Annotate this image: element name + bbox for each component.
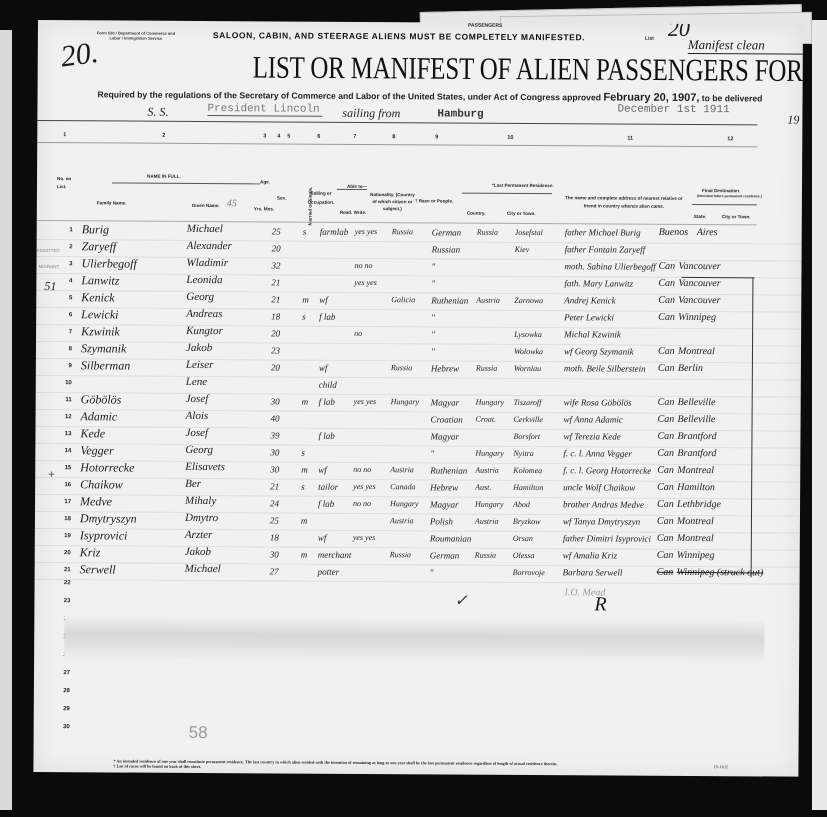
family-name: Adamic — [81, 409, 118, 424]
city: Borsfort — [513, 432, 540, 441]
race: Magyar — [430, 499, 459, 509]
nearest-relative: father Michael Burig — [565, 227, 641, 237]
row-number: 22 — [57, 580, 71, 586]
stamp-number: 58 — [189, 723, 208, 743]
race: Hebrew — [431, 363, 459, 373]
header-country: Country. — [467, 211, 486, 216]
page-title: LIST OR MANIFEST OF ALIEN PASSENGERS FOR… — [253, 51, 803, 90]
race: German — [432, 227, 462, 237]
given-name: Georg — [185, 444, 213, 456]
col-num: 10 — [507, 135, 513, 141]
marital-status: m — [301, 465, 308, 475]
country: Austria — [475, 517, 499, 526]
family-name: Kenick — [81, 290, 114, 305]
occupation: wf — [318, 465, 327, 475]
age: 21 — [271, 294, 280, 304]
read-write: yes yes — [353, 533, 375, 542]
city: Hamilton — [513, 483, 543, 492]
race: Croatian — [431, 414, 463, 424]
race: Magyar — [430, 431, 459, 441]
nationality: Russia — [392, 227, 413, 236]
given-name: Kungtor — [186, 325, 223, 337]
race: German — [430, 550, 460, 560]
ship-prefix: S. S. — [147, 105, 168, 120]
list-label: List — [645, 36, 654, 42]
row-number: 19 — [57, 533, 71, 539]
header-sex: Sex. — [277, 195, 286, 200]
dest-city: Hamilton — [677, 482, 715, 493]
row-number: 12 — [58, 414, 72, 420]
race: Hebrew — [430, 482, 458, 492]
dest-city: Aires — [697, 227, 718, 238]
subtitle-suffix: to be delivered — [702, 93, 763, 103]
city: Abod — [513, 500, 530, 509]
header-calling: Calling or Occupation. — [305, 189, 337, 207]
nationality: Austria — [390, 516, 414, 525]
occupation: child — [319, 380, 337, 390]
page-number: 20. — [59, 36, 101, 75]
marital-status: s — [303, 227, 307, 237]
marital-status: m — [302, 295, 309, 305]
dest-state: Can — [658, 312, 675, 323]
nearest-relative: Michal Kzwinik — [564, 329, 621, 339]
race: Polish — [430, 516, 453, 526]
header-yrs-mos: Yrs. Mos. — [254, 206, 274, 211]
occupation: wf — [319, 363, 328, 373]
right-page-edge — [812, 20, 827, 810]
race: " — [431, 329, 435, 339]
row-number: 16 — [57, 482, 71, 488]
sailing-date: December 1st 1911 — [617, 104, 729, 117]
dest-state: Can — [658, 414, 675, 425]
smudge — [64, 615, 764, 664]
race: " — [431, 312, 435, 322]
row-number: 6 — [58, 312, 72, 318]
family-name: Isyprovici — [80, 528, 128, 543]
marital-status: s — [302, 312, 306, 322]
race: Magyar — [431, 397, 460, 407]
given-name: Alois — [186, 410, 209, 422]
scanned-document: Form 630 / Department of Commerce and La… — [0, 0, 827, 817]
signature: R — [594, 593, 606, 616]
footnotes: * An intended residence of one year shal… — [113, 758, 733, 772]
marital-status: m — [301, 516, 308, 526]
country: Russia — [475, 551, 496, 560]
row-number: 30 — [56, 724, 70, 730]
col-num: 6 — [317, 134, 320, 140]
age: 30 — [270, 447, 279, 457]
header-nearest-relative: The name and complete address of nearest… — [559, 194, 689, 211]
dest-state: Can — [657, 533, 674, 544]
header-rule — [462, 193, 552, 195]
dest-city: Vancouver — [678, 261, 720, 272]
nearest-relative: moth. Sabina Ulierbegoff — [564, 261, 655, 272]
table-row: 21 Serwell Michael 27 potter " Borrovoje… — [35, 562, 800, 585]
city: Kolomea — [513, 466, 542, 475]
header-read-write: Read. Write. — [340, 210, 366, 215]
age: 30 — [270, 464, 279, 474]
dest-state: Can — [657, 499, 674, 510]
occupation: f lab — [319, 397, 335, 407]
col-num: 11 — [627, 136, 633, 142]
age: 25 — [272, 226, 281, 236]
city: Zarnowa — [514, 296, 543, 305]
country: Croat. — [476, 415, 496, 424]
city: Lysowka — [514, 330, 542, 339]
header-nationality: Nationality. (Country of which citizen o… — [370, 191, 415, 212]
family-name: Kzwinik — [81, 324, 120, 339]
family-name: Zaryeff — [82, 239, 117, 254]
given-name: Andreas — [186, 308, 222, 320]
age: 23 — [271, 345, 280, 355]
dest-state: Buenos — [659, 227, 689, 238]
header-rule — [337, 189, 367, 190]
dest-city: Montreal — [677, 465, 714, 476]
row-number: 15 — [57, 465, 71, 471]
nationality: Russia — [391, 363, 412, 372]
age: 24 — [270, 498, 279, 508]
country: Hungary — [476, 398, 505, 407]
sailing-label: sailing from — [342, 106, 400, 121]
dest-state: Can — [657, 482, 674, 493]
nationality: Hungary — [390, 499, 419, 508]
family-name: Medve — [80, 494, 112, 509]
occupation: tailor — [318, 482, 338, 492]
family-name: Szymanik — [81, 341, 126, 356]
dest-city: Montreal — [677, 516, 714, 527]
header-no-on-list: No. on List. — [57, 175, 73, 191]
header-dest-city: City or Town. — [722, 214, 751, 219]
city: Wolowka — [514, 347, 543, 356]
nearest-relative: fath. Mary Lanwitz — [564, 278, 633, 288]
country: Austria — [475, 466, 499, 475]
header-final-destination-note: (Intended future permanent residence.) — [697, 194, 762, 198]
dest-city: Winnipeg — [677, 550, 715, 561]
dest-state: Can — [657, 516, 674, 527]
row-number: 29 — [56, 706, 70, 712]
race: Ruthenian — [431, 295, 468, 305]
row-number: 14 — [57, 448, 71, 454]
list-number: 20 — [668, 20, 690, 42]
given-name: Alexander — [187, 240, 232, 252]
row-number: 18 — [57, 516, 71, 522]
row-number: 17 — [57, 499, 71, 505]
subtitle-date: February 20, 1907, — [603, 91, 699, 104]
year-suffix: 19 — [787, 113, 799, 128]
given-name: Josef — [185, 427, 208, 439]
nearest-relative: Andrej Kenick — [564, 295, 615, 305]
row-number: 11 — [58, 397, 72, 403]
read-write: yes yes — [353, 482, 375, 491]
dest-city: Vancouver — [678, 278, 720, 289]
col-num: 1 — [63, 132, 66, 138]
given-name: Arzter — [185, 529, 213, 541]
country: Russia — [476, 364, 497, 373]
city: Orsan — [513, 534, 533, 543]
nationality: Russia — [390, 550, 411, 559]
dest-state: Can — [658, 295, 675, 306]
family-name: Serwell — [80, 562, 116, 577]
form-code: 15-1102 — [713, 764, 727, 769]
city: Josefstal — [515, 228, 543, 237]
race: " — [430, 567, 434, 577]
given-name: Mihaly — [185, 495, 216, 507]
header-given-name: Given Name. — [192, 203, 220, 208]
given-name: Elisavets — [185, 461, 225, 473]
dest-city: Belleville — [678, 397, 716, 408]
occupation: merchant — [318, 550, 352, 560]
city: Olessa — [513, 551, 535, 560]
row-number: 28 — [56, 688, 70, 694]
age: 39 — [270, 430, 279, 440]
marital-status: s — [301, 448, 305, 458]
nearest-relative: wf Anna Adamic — [564, 414, 623, 424]
age: 25 — [270, 515, 279, 525]
age: 20 — [271, 362, 280, 372]
dest-state: Can — [658, 278, 675, 289]
nearest-relative: father Fontain Zaryeff — [565, 244, 646, 254]
col-num: 2 — [162, 133, 165, 139]
ship-name: President Lincoln — [207, 103, 322, 117]
check-mark-icon: ✓ — [454, 591, 468, 611]
race: " — [431, 278, 435, 288]
dest-city: Berlin — [678, 363, 703, 374]
row-number: 5 — [58, 295, 72, 301]
col-num: 4 — [277, 133, 280, 139]
read-write: yes yes — [355, 227, 377, 236]
port: Hamburg — [437, 108, 483, 120]
city: Cerkville — [514, 415, 543, 424]
row-number: 8 — [58, 346, 72, 352]
row-number: 10 — [58, 380, 72, 386]
given-name: Jakob — [185, 546, 211, 558]
header-race: † Race or People. — [415, 198, 453, 203]
header-city: City or Town. — [507, 211, 536, 216]
family-name: Ulierbegoff — [81, 256, 136, 271]
occupation: potter — [318, 567, 340, 577]
col-num: 7 — [353, 134, 356, 140]
age: 40 — [271, 413, 280, 423]
given-name: Ber — [185, 478, 201, 490]
given-name: Leonida — [186, 274, 222, 286]
dest-state: Can — [658, 346, 675, 357]
city: Kiev — [515, 245, 530, 254]
col-num: 12 — [727, 136, 733, 142]
header-age: Age. — [260, 179, 270, 184]
row-number: 1 — [59, 227, 73, 233]
family-name: Göbölös — [81, 392, 122, 407]
nationality: Hungary — [391, 397, 420, 406]
age: 18 — [270, 532, 279, 542]
age: 32 — [271, 260, 280, 270]
marital-status: s — [301, 482, 305, 492]
dest-state: Can — [657, 431, 674, 442]
race: " — [431, 261, 435, 271]
header-state: State. — [694, 214, 707, 219]
country: Austria — [476, 296, 500, 305]
nearest-relative: moth. Beile Silberstein — [564, 363, 646, 373]
country: Aust. — [475, 483, 491, 492]
row-number: 20 — [57, 550, 71, 556]
row-number: 23 — [56, 598, 70, 604]
col-num: 5 — [287, 134, 290, 140]
given-name: Jakob — [186, 342, 212, 354]
dest-city: Brantford — [677, 431, 716, 442]
family-name: Vegger — [80, 443, 113, 458]
header-name-in-full: NAME IN FULL. — [147, 174, 181, 179]
nearest-relative: f. c. l. Georg Hotorrecke — [563, 465, 651, 476]
read-write: no no — [354, 261, 372, 270]
family-name: Chaikow — [80, 477, 123, 492]
row-number: 13 — [57, 431, 71, 437]
header-annotation: 45 — [227, 198, 237, 209]
age: 21 — [271, 277, 280, 287]
nationality: Galicia — [391, 295, 415, 304]
dest-state: Can — [657, 448, 674, 459]
header-family-name: Family Name. — [97, 200, 127, 205]
given-name: Dmytro — [185, 512, 218, 524]
dest-city: Montreal — [678, 346, 715, 357]
dest-city: Vancouver — [678, 295, 720, 306]
nearest-relative: father Dimitri Isyprovici — [563, 533, 651, 544]
list-note: Manifest clean — [688, 37, 803, 55]
family-name: Lanwitz — [81, 273, 119, 288]
dest-city: Brantford — [677, 448, 716, 459]
nearest-relative: Peter Lewicki — [564, 312, 614, 322]
given-name: Josef — [186, 393, 209, 405]
header-final-destination: Final Destination. — [702, 188, 740, 193]
left-page-edge — [0, 30, 12, 810]
nationality: Austria — [390, 465, 414, 474]
occupation: f lab — [318, 431, 334, 441]
nearest-relative: Barbara Serwell — [563, 567, 623, 577]
race: " — [430, 448, 434, 458]
nationality: Canada — [390, 482, 415, 491]
country: Hungary — [475, 449, 504, 458]
city: Bryzkow — [513, 517, 541, 526]
dest-state: Can — [657, 465, 674, 476]
form-info: Form 630 / Department of Commerce and La… — [96, 30, 176, 40]
dest-city: Winnipeg — [678, 312, 716, 323]
nearest-relative: wf Amalia Kriz — [563, 550, 617, 560]
race: Ruthenian — [430, 465, 467, 475]
given-name: Michael — [185, 563, 221, 575]
age: 30 — [270, 549, 279, 559]
age: 30 — [271, 396, 280, 406]
dest-city: Lethbridge — [677, 499, 721, 510]
occupation: f lab — [318, 499, 334, 509]
nearest-relative: wf Terezia Kede — [563, 431, 620, 441]
read-write: yes yes — [354, 397, 376, 406]
read-write: no no — [353, 499, 371, 508]
banner: SALOON, CABIN, AND STEERAGE ALIENS MUST … — [213, 30, 585, 42]
nearest-relative: wf Georg Szymanik — [564, 346, 634, 356]
family-name: Lewicki — [81, 307, 118, 322]
row-number: 7 — [58, 329, 72, 335]
banner-top: PASSENGERS — [468, 23, 502, 29]
city: Borrovoje — [513, 568, 545, 577]
dest-state: Can — [657, 567, 674, 578]
race: Roumanian — [430, 533, 472, 543]
age: 18 — [271, 311, 280, 321]
age: 27 — [270, 566, 279, 576]
sex: m — [301, 550, 308, 560]
family-name: Dmytryszyn — [80, 511, 137, 526]
header-rule — [112, 182, 260, 184]
family-name: Hotorrecke — [80, 460, 134, 475]
header-rule — [692, 204, 757, 205]
country: Hungary — [475, 500, 504, 509]
dest-state: Can — [658, 261, 675, 272]
nearest-relative: brother Andras Medve — [563, 499, 644, 509]
occupation: wf — [318, 533, 327, 543]
row-number: 21 — [57, 567, 71, 573]
read-write: yes yes — [354, 278, 376, 287]
read-write: no — [354, 329, 362, 338]
given-name: Wladimir — [186, 257, 228, 269]
occupation: farmlab — [320, 227, 349, 237]
row-number: 4 — [58, 278, 72, 284]
dest-city: Montreal — [677, 533, 714, 544]
manifest-page: Form 630 / Department of Commerce and La… — [33, 20, 803, 777]
family-name: Kede — [80, 426, 105, 441]
nearest-relative: f. c. l. Anna Vegger — [563, 448, 632, 458]
age: 20 — [271, 328, 280, 338]
dest-state: Can — [658, 363, 675, 374]
col-num: 3 — [263, 133, 266, 139]
row-number: 27 — [56, 670, 70, 676]
subtitle-prefix: Required by the regulations of the Secre… — [98, 89, 602, 102]
city: Wornlau — [514, 364, 541, 373]
family-name: Kriz — [80, 545, 101, 560]
occupation: wf — [319, 295, 328, 305]
country: Russia — [477, 228, 498, 237]
row-number: 3 — [58, 261, 72, 267]
header-last-residence: *Last Permanent Residence. — [492, 183, 554, 188]
occupation: f lab — [319, 312, 335, 322]
dest-state: Can — [657, 550, 674, 561]
nearest-relative: wife Rosa Göbölös — [564, 397, 632, 407]
family-name: Burig — [82, 222, 109, 237]
nearest-relative: uncle Wolf Chaikow — [563, 482, 635, 492]
read-write: no no — [353, 465, 371, 474]
col-num: 8 — [392, 134, 395, 140]
race: Russian — [432, 244, 461, 254]
race: " — [431, 346, 435, 356]
given-name: Lene — [186, 376, 207, 388]
city: Tiszaroff — [514, 398, 542, 407]
marital-status: m — [302, 397, 309, 407]
column-headers: No. on List. NAME IN FULL. Family Name. … — [37, 145, 802, 225]
age: 20 — [272, 243, 281, 253]
given-name: Michael — [187, 223, 223, 235]
col-num: 9 — [435, 134, 438, 140]
city: Nyitra — [513, 449, 534, 458]
family-name: Silberman — [81, 358, 130, 373]
row-number: 2 — [59, 244, 73, 250]
dest-state: Can — [658, 397, 675, 408]
given-name: Georg — [186, 291, 214, 303]
dest-city: Belleville — [678, 414, 716, 425]
given-name: Leiser — [186, 359, 214, 371]
row-number: 9 — [58, 363, 72, 369]
nearest-relative: wf Tanya Dmytryszyn — [563, 516, 640, 526]
age: 21 — [270, 481, 279, 491]
